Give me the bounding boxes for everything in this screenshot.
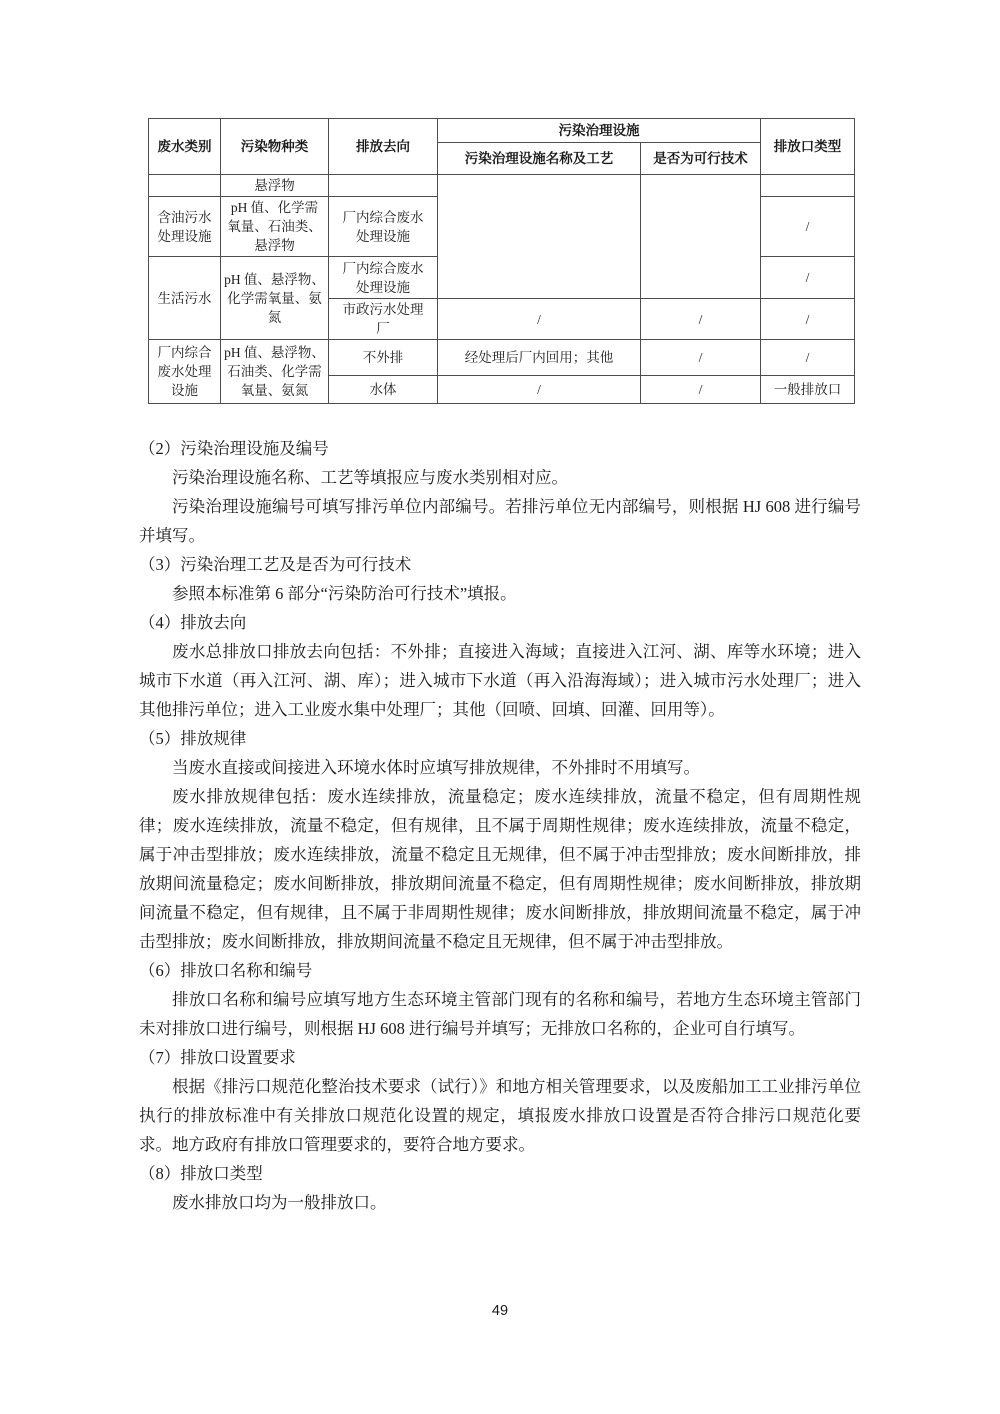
cell-destination: 水体 <box>329 376 438 404</box>
paragraph: 当废水直接或间接进入环境水体时应填写排放规律，不外排时不用填写。 <box>139 753 861 782</box>
document-page: 废水类别 污染物种类 排放去向 污染治理设施 排放口类型 污染治理设施名称及工艺… <box>0 0 1000 1414</box>
table-row: 厂内综合 废水处理 设施 pH 值、悬浮物、 石油类、化学需 氧量、氨氮 不外排… <box>149 340 855 376</box>
header-waste-type: 废水类别 <box>149 119 221 175</box>
cell-pollutant: pH 值、悬浮物、 石油类、化学需 氧量、氨氮 <box>221 340 329 404</box>
cell-waste-type: 厂内综合 废水处理 设施 <box>149 340 221 404</box>
cell-waste-type-empty <box>149 175 221 197</box>
cell-feasible: / <box>641 340 761 376</box>
section-heading-4: （4）排放去向 <box>139 608 861 637</box>
section-heading-5: （5）排放规律 <box>139 724 861 753</box>
cell-facility: / <box>438 299 641 340</box>
cell-feasible: / <box>641 376 761 404</box>
header-destination: 排放去向 <box>329 119 438 175</box>
cell-feasible: / <box>641 299 761 340</box>
section-heading-6: （6）排放口名称和编号 <box>139 956 861 985</box>
wastewater-info-table: 废水类别 污染物种类 排放去向 污染治理设施 排放口类型 污染治理设施名称及工艺… <box>148 118 855 404</box>
section-heading-8: （8）排放口类型 <box>139 1159 861 1188</box>
header-outlet-type: 排放口类型 <box>761 119 855 175</box>
paragraph: 参照本标准第 6 部分“污染防治可行技术”填报。 <box>139 579 861 608</box>
header-facility-name: 污染治理设施名称及工艺 <box>438 143 641 175</box>
cell-outlet: / <box>761 197 855 257</box>
cell-destination: 厂内综合废水 处理设施 <box>329 257 438 299</box>
section-heading-2: （2）污染治理设施及编号 <box>139 434 861 463</box>
page-number: 49 <box>0 1303 1000 1319</box>
cell-outlet-empty <box>761 175 855 197</box>
paragraph: 污染治理设施名称、工艺等填报应与废水类别相对应。 <box>139 463 861 492</box>
page-content: 废水类别 污染物种类 排放去向 污染治理设施 排放口类型 污染治理设施名称及工艺… <box>139 118 861 1217</box>
instructions-text: （2）污染治理设施及编号 污染治理设施名称、工艺等填报应与废水类别相对应。 污染… <box>139 434 861 1217</box>
cell-outlet: / <box>761 299 855 340</box>
cell-pollutant: 悬浮物 <box>221 175 329 197</box>
table-row: 悬浮物 <box>149 175 855 197</box>
header-feasible-tech: 是否为可行技术 <box>641 143 761 175</box>
paragraph: 污染治理设施编号可填写排污单位内部编号。若排污单位无内部编号，则根据 HJ 60… <box>139 492 861 550</box>
paragraph: 废水排放口均为一般排放口。 <box>139 1188 861 1217</box>
cell-outlet: / <box>761 340 855 376</box>
paragraph: 废水排放规律包括：废水连续排放，流量稳定；废水连续排放，流量不稳定，但有周期性规… <box>139 782 861 956</box>
cell-outlet: / <box>761 257 855 299</box>
header-pollutant: 污染物种类 <box>221 119 329 175</box>
cell-destination: 不外排 <box>329 340 438 376</box>
header-facility-group: 污染治理设施 <box>438 119 761 143</box>
paragraph: 根据《排污口规范化整治技术要求（试行）》和地方相关管理要求，以及废船加工工业排污… <box>139 1072 861 1159</box>
cell-facility-merged-empty <box>438 175 641 299</box>
cell-waste-type: 含油污水 处理设施 <box>149 197 221 257</box>
cell-outlet: 一般排放口 <box>761 376 855 404</box>
cell-facility: 经处理后厂内回用；其他 <box>438 340 641 376</box>
cell-destination-empty <box>329 175 438 197</box>
cell-pollutant: pH 值、悬浮物、 化学需氧量、氨 氮 <box>221 257 329 340</box>
cell-facility: / <box>438 376 641 404</box>
section-heading-7: （7）排放口设置要求 <box>139 1043 861 1072</box>
paragraph: 废水总排放口排放去向包括：不外排；直接进入海域；直接进入江河、湖、库等水环境；进… <box>139 637 861 724</box>
section-heading-3: （3）污染治理工艺及是否为可行技术 <box>139 550 861 579</box>
cell-feasible-merged-empty <box>641 175 761 299</box>
paragraph: 排放口名称和编号应填写地方生态环境主管部门现有的名称和编号，若地方生态环境主管部… <box>139 985 861 1043</box>
cell-pollutant: pH 值、化学需 氧量、石油类、 悬浮物 <box>221 197 329 257</box>
cell-waste-type: 生活污水 <box>149 257 221 340</box>
cell-destination: 市政污水处理 厂 <box>329 299 438 340</box>
cell-destination: 厂内综合废水 处理设施 <box>329 197 438 257</box>
